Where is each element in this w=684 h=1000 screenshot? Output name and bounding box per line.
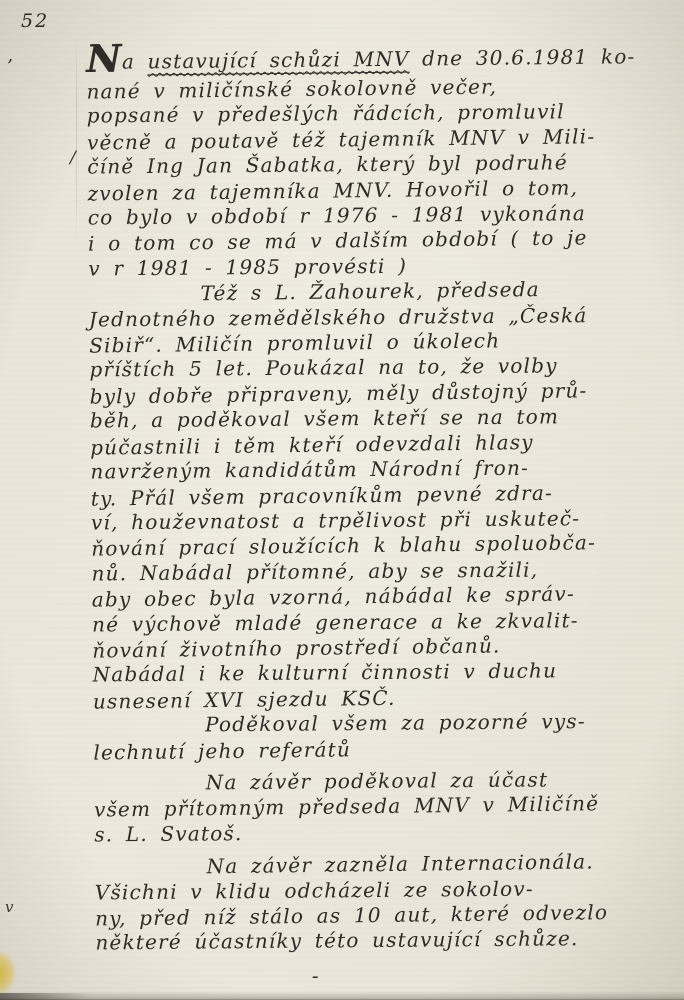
margin-v-mark: v — [5, 898, 13, 916]
heading-lead-text: a — [122, 49, 148, 73]
page-number: 52 — [21, 10, 49, 32]
manuscript-line: s. L. Svatoš. — [94, 817, 672, 847]
margin-comma-mark: ’ — [7, 56, 13, 77]
manuscript-line: některé účastníky této ustavující schůze… — [95, 926, 673, 956]
page-crease-line — [76, 34, 77, 246]
manuscript-line: lechnutí jeho referátů — [93, 733, 671, 766]
page-bottom-left-edge-shadow — [0, 993, 90, 1000]
heading-underlined-phrase: ustavující schůzi MNV — [147, 47, 409, 76]
manuscript-text-block: Na ustavující schůzi MNV dne 30.6.1981 k… — [86, 40, 674, 991]
page-bottom-edge-shadow — [0, 991, 684, 1000]
margin-slash-mark: / — [70, 148, 76, 168]
end-dash-mark: - — [96, 961, 536, 991]
decorative-initial-letter: N — [86, 49, 121, 69]
heading-tail-text: dne 30.6.1981 ko- — [409, 44, 635, 70]
manuscript-lines: nané v miličínské sokolovně večer,popsan… — [86, 73, 673, 957]
manuscript-heading-line: Na ustavující schůzi MNV dne 30.6.1981 k… — [86, 40, 664, 78]
